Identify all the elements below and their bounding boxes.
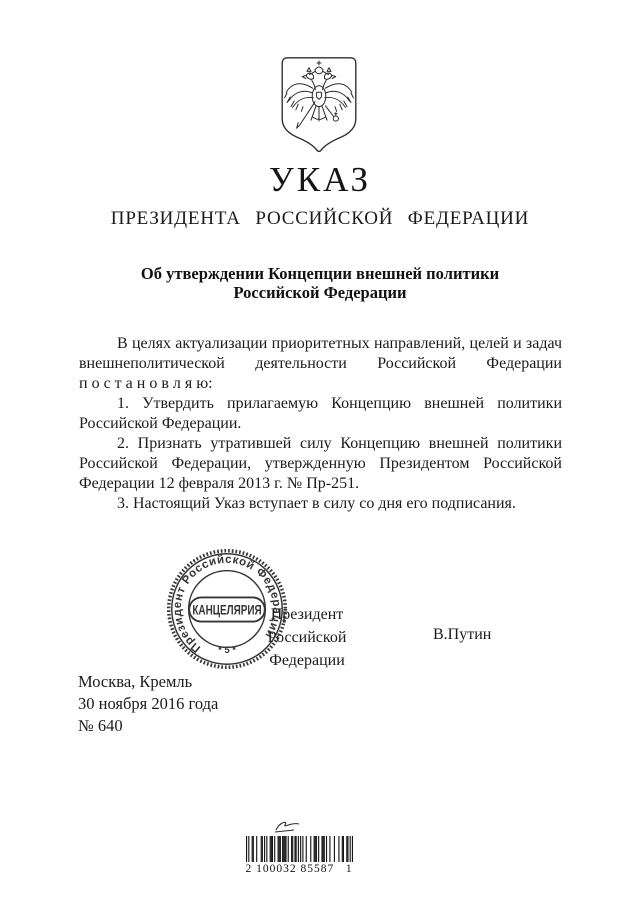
barcode-digits: 2 100032 85587 1 bbox=[244, 863, 354, 875]
decree-document-page: УКАЗ ПРЕЗИДЕНТА РОССИЙСКОЙ ФЕДЕРАЦИИ Об … bbox=[0, 0, 640, 905]
coat-of-arms-russia-icon bbox=[279, 55, 359, 155]
decree-type-title: УКАЗ bbox=[0, 160, 640, 200]
registration-barcode: 2 100032 85587 1 bbox=[244, 836, 354, 875]
body-line: 3. Настоящий Указ вступает в силу со дня… bbox=[79, 494, 562, 514]
body-line: Федерации 12 февраля 2013 г. № Пр-251. bbox=[79, 474, 562, 494]
body-line: п о с т а н о в л я ю: bbox=[79, 374, 562, 394]
stamp-center-text: КАНЦЕЛЯРИЯ bbox=[192, 602, 261, 617]
ink-squiggle-icon bbox=[272, 818, 308, 836]
decree-body-text: В целях актуализации приоритетных направ… bbox=[79, 334, 562, 514]
body-line: 2. Признать утратившей силу Концепцию вн… bbox=[79, 434, 562, 454]
decree-number: № 640 bbox=[78, 715, 218, 737]
dateline-place: Москва, Кремль bbox=[78, 671, 218, 693]
body-line: Российской Федерации, утвержденную Прези… bbox=[79, 454, 562, 474]
signature-name: В.Путин bbox=[433, 626, 491, 644]
decree-issuer-line: ПРЕЗИДЕНТА РОССИЙСКОЙ ФЕДЕРАЦИИ bbox=[0, 208, 640, 230]
stamp-bottom-number: * 5 * bbox=[218, 645, 236, 656]
decree-subject-heading: Об утверждении Концепции внешней политик… bbox=[0, 264, 640, 302]
chancellery-stamp: Президент Российской Федерации КАНЦЕЛЯРИ… bbox=[164, 546, 290, 672]
body-line: внешнеполитической деятельности Российск… bbox=[79, 354, 562, 374]
decree-dateline: Москва, Кремль 30 ноября 2016 года № 640 bbox=[78, 671, 218, 737]
body-line: 1. Утвердить прилагаемую Концепцию внешн… bbox=[79, 394, 562, 414]
dateline-date: 30 ноября 2016 года bbox=[78, 693, 218, 715]
body-line: Российской Федерации. bbox=[79, 414, 562, 434]
body-line: В целях актуализации приоритетных направ… bbox=[79, 334, 562, 354]
barcode-bars bbox=[246, 836, 353, 862]
